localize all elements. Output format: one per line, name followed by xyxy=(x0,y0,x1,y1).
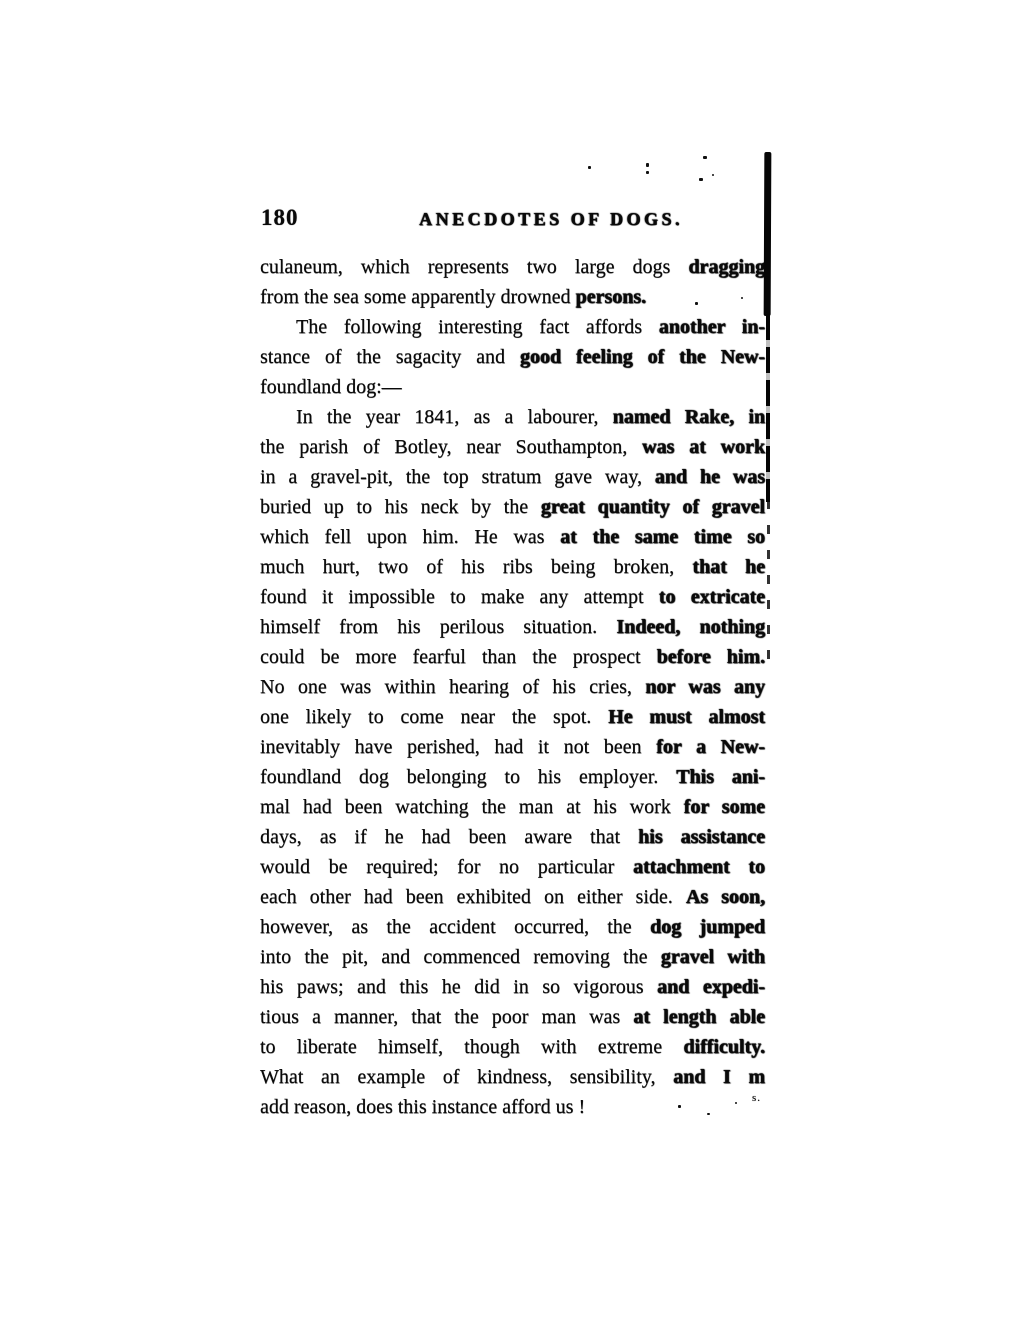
line-tail-smudged: dog jumped xyxy=(650,916,765,938)
line-tail-smudged: named Rake, in xyxy=(613,406,765,428)
line-tail-smudged: He must almost xyxy=(608,706,765,728)
line-head: mal had been watching the man at his wor… xyxy=(260,796,684,818)
text-line: each other had been exhibited on either … xyxy=(260,882,765,912)
text-line: inevitably have perished, had it not bee… xyxy=(260,732,765,762)
line-head: his paws; and this he did in so vigorous xyxy=(260,976,657,998)
line-head: into the pit, and commenced removing the xyxy=(260,946,661,968)
line-head: however, as the accident occurred, the xyxy=(260,916,650,938)
line-tail-smudged: As soon, xyxy=(686,886,765,908)
text-line: culaneum, which represents two large dog… xyxy=(260,252,765,282)
line-head: the parish of Botley, near Southampton, xyxy=(260,436,642,458)
ink-speck xyxy=(695,302,698,305)
line-tail-smudged: attachment to xyxy=(633,856,765,878)
scan-artifact-bar xyxy=(764,152,772,316)
line-head: one likely to come near the spot. xyxy=(260,706,608,728)
line-tail-smudged: persons. xyxy=(575,286,646,308)
line-head: from the sea some apparently drowned xyxy=(260,286,575,308)
text-line: tious a manner, that the poor man was at… xyxy=(260,1002,765,1032)
line-tail-smudged: good feeling of the New- xyxy=(520,346,765,368)
line-head: in a gravel-pit, the top stratum gave wa… xyxy=(260,466,655,488)
line-tail-smudged: another in- xyxy=(659,316,765,338)
ink-speck xyxy=(712,174,714,176)
line-tail-smudged: to extricate xyxy=(659,586,765,608)
ink-speck xyxy=(735,1102,737,1104)
line-head: could be more fearful than the prospect xyxy=(260,646,657,668)
text-line: his paws; and this he did in so vigorous… xyxy=(260,972,765,1002)
text-line: mal had been watching the man at his wor… xyxy=(260,792,765,822)
text-line: No one was within hearing of his cries, … xyxy=(260,672,765,702)
text-line: foundland dog:— xyxy=(260,372,765,402)
line-tail-smudged: dragging xyxy=(688,256,765,278)
ink-speck xyxy=(703,156,707,159)
line-head: culaneum, which represents two large dog… xyxy=(260,256,688,278)
text-line: days, as if he had been aware that his a… xyxy=(260,822,765,852)
line-head: days, as if he had been aware that xyxy=(260,826,638,848)
line-head: which fell upon him. He was xyxy=(260,526,560,548)
line-head: tious a manner, that the poor man was xyxy=(260,1006,633,1028)
running-title: ANECDOTES OF DOGS. xyxy=(419,209,731,230)
line-head: much hurt, two of his ribs being broken, xyxy=(260,556,692,578)
ink-speck xyxy=(678,1105,681,1108)
line-tail-smudged: was at work xyxy=(642,436,765,458)
line-tail-smudged: This ani- xyxy=(676,766,765,788)
line-head: add reason, does this instance afford us… xyxy=(260,1096,585,1118)
text-line: one likely to come near the spot. He mus… xyxy=(260,702,765,732)
text-line: the parish of Botley, near Southampton, … xyxy=(260,432,765,462)
ink-speck xyxy=(588,166,591,169)
line-tail-smudged: before him. xyxy=(657,646,765,668)
text-line: What an example of kindness, sensibility… xyxy=(260,1062,765,1092)
ink-speck xyxy=(646,171,649,174)
text-line: In the year 1841, as a labourer, named R… xyxy=(260,402,765,432)
ink-speck xyxy=(646,163,649,167)
line-tail-smudged: for a New- xyxy=(656,736,765,758)
margin-speck-text: s. xyxy=(752,1092,761,1104)
ink-speck xyxy=(699,178,703,181)
text-block: culaneum, which represents two large dog… xyxy=(260,252,765,1122)
text-line: in a gravel-pit, the top stratum gave wa… xyxy=(260,462,765,492)
line-tail-smudged: gravel with xyxy=(661,946,765,968)
scan-artifact-bar xyxy=(767,500,770,668)
line-head: In the year 1841, as a labourer, xyxy=(296,406,613,428)
text-line: stance of the sagacity and good feeling … xyxy=(260,342,765,372)
line-head: What an example of kindness, sensibility… xyxy=(260,1066,673,1088)
text-line: into the pit, and commenced removing the… xyxy=(260,942,765,972)
text-line: foundland dog belonging to his employer.… xyxy=(260,762,765,792)
text-line: to liberate himself, though with extreme… xyxy=(260,1032,765,1062)
ink-speck xyxy=(741,297,743,299)
line-tail-smudged: for some xyxy=(684,796,765,818)
ink-speck xyxy=(707,1113,710,1115)
text-line: The following interesting fact affords a… xyxy=(260,312,765,342)
line-head: No one was within hearing of his cries, xyxy=(260,676,645,698)
line-head: foundland dog belonging to his employer. xyxy=(260,766,676,788)
line-tail-smudged: that he xyxy=(692,556,765,578)
line-tail-smudged: and expedi- xyxy=(657,976,765,998)
text-line: himself from his perilous situation. Ind… xyxy=(260,612,765,642)
line-head: foundland dog:— xyxy=(260,376,402,398)
line-head: buried up to his neck by the xyxy=(260,496,541,518)
page-number: 180 xyxy=(261,205,299,231)
text-line: however, as the accident occurred, the d… xyxy=(260,912,765,942)
text-line: could be more fearful than the prospect … xyxy=(260,642,765,672)
text-line: would be required; for no particular att… xyxy=(260,852,765,882)
text-line: much hurt, two of his ribs being broken,… xyxy=(260,552,765,582)
line-tail-smudged: and he was xyxy=(655,466,765,488)
line-tail-smudged: difficulty. xyxy=(683,1036,765,1058)
line-head: would be required; for no particular xyxy=(260,856,633,878)
text-line: add reason, does this instance afford us… xyxy=(260,1092,765,1122)
line-head: each other had been exhibited on either … xyxy=(260,886,686,908)
scanned-book-page: 180 ANECDOTES OF DOGS. culaneum, which r… xyxy=(0,0,1033,1339)
line-head: The following interesting fact affords xyxy=(296,316,659,338)
line-head: inevitably have perished, had it not bee… xyxy=(260,736,656,758)
line-head: stance of the sagacity and xyxy=(260,346,520,368)
line-tail-smudged: nor was any xyxy=(645,676,765,698)
line-head: found it impossible to make any attempt xyxy=(260,586,659,608)
line-head: himself from his perilous situation. xyxy=(260,616,616,638)
scan-artifact-bar xyxy=(766,314,770,502)
line-tail-smudged: his assistance xyxy=(638,826,765,848)
line-tail-smudged: Indeed, nothing xyxy=(616,616,765,638)
line-tail-smudged: at the same time so xyxy=(560,526,765,548)
line-tail-smudged: and I m xyxy=(673,1066,765,1088)
text-line: found it impossible to make any attempt … xyxy=(260,582,765,612)
text-line: buried up to his neck by the great quant… xyxy=(260,492,765,522)
text-line: which fell upon him. He was at the same … xyxy=(260,522,765,552)
text-line: from the sea some apparently drowned per… xyxy=(260,282,765,312)
line-head: to liberate himself, though with extreme xyxy=(260,1036,683,1058)
line-tail-smudged: great quantity of gravel xyxy=(541,496,765,518)
line-tail-smudged: at length able xyxy=(633,1006,765,1028)
